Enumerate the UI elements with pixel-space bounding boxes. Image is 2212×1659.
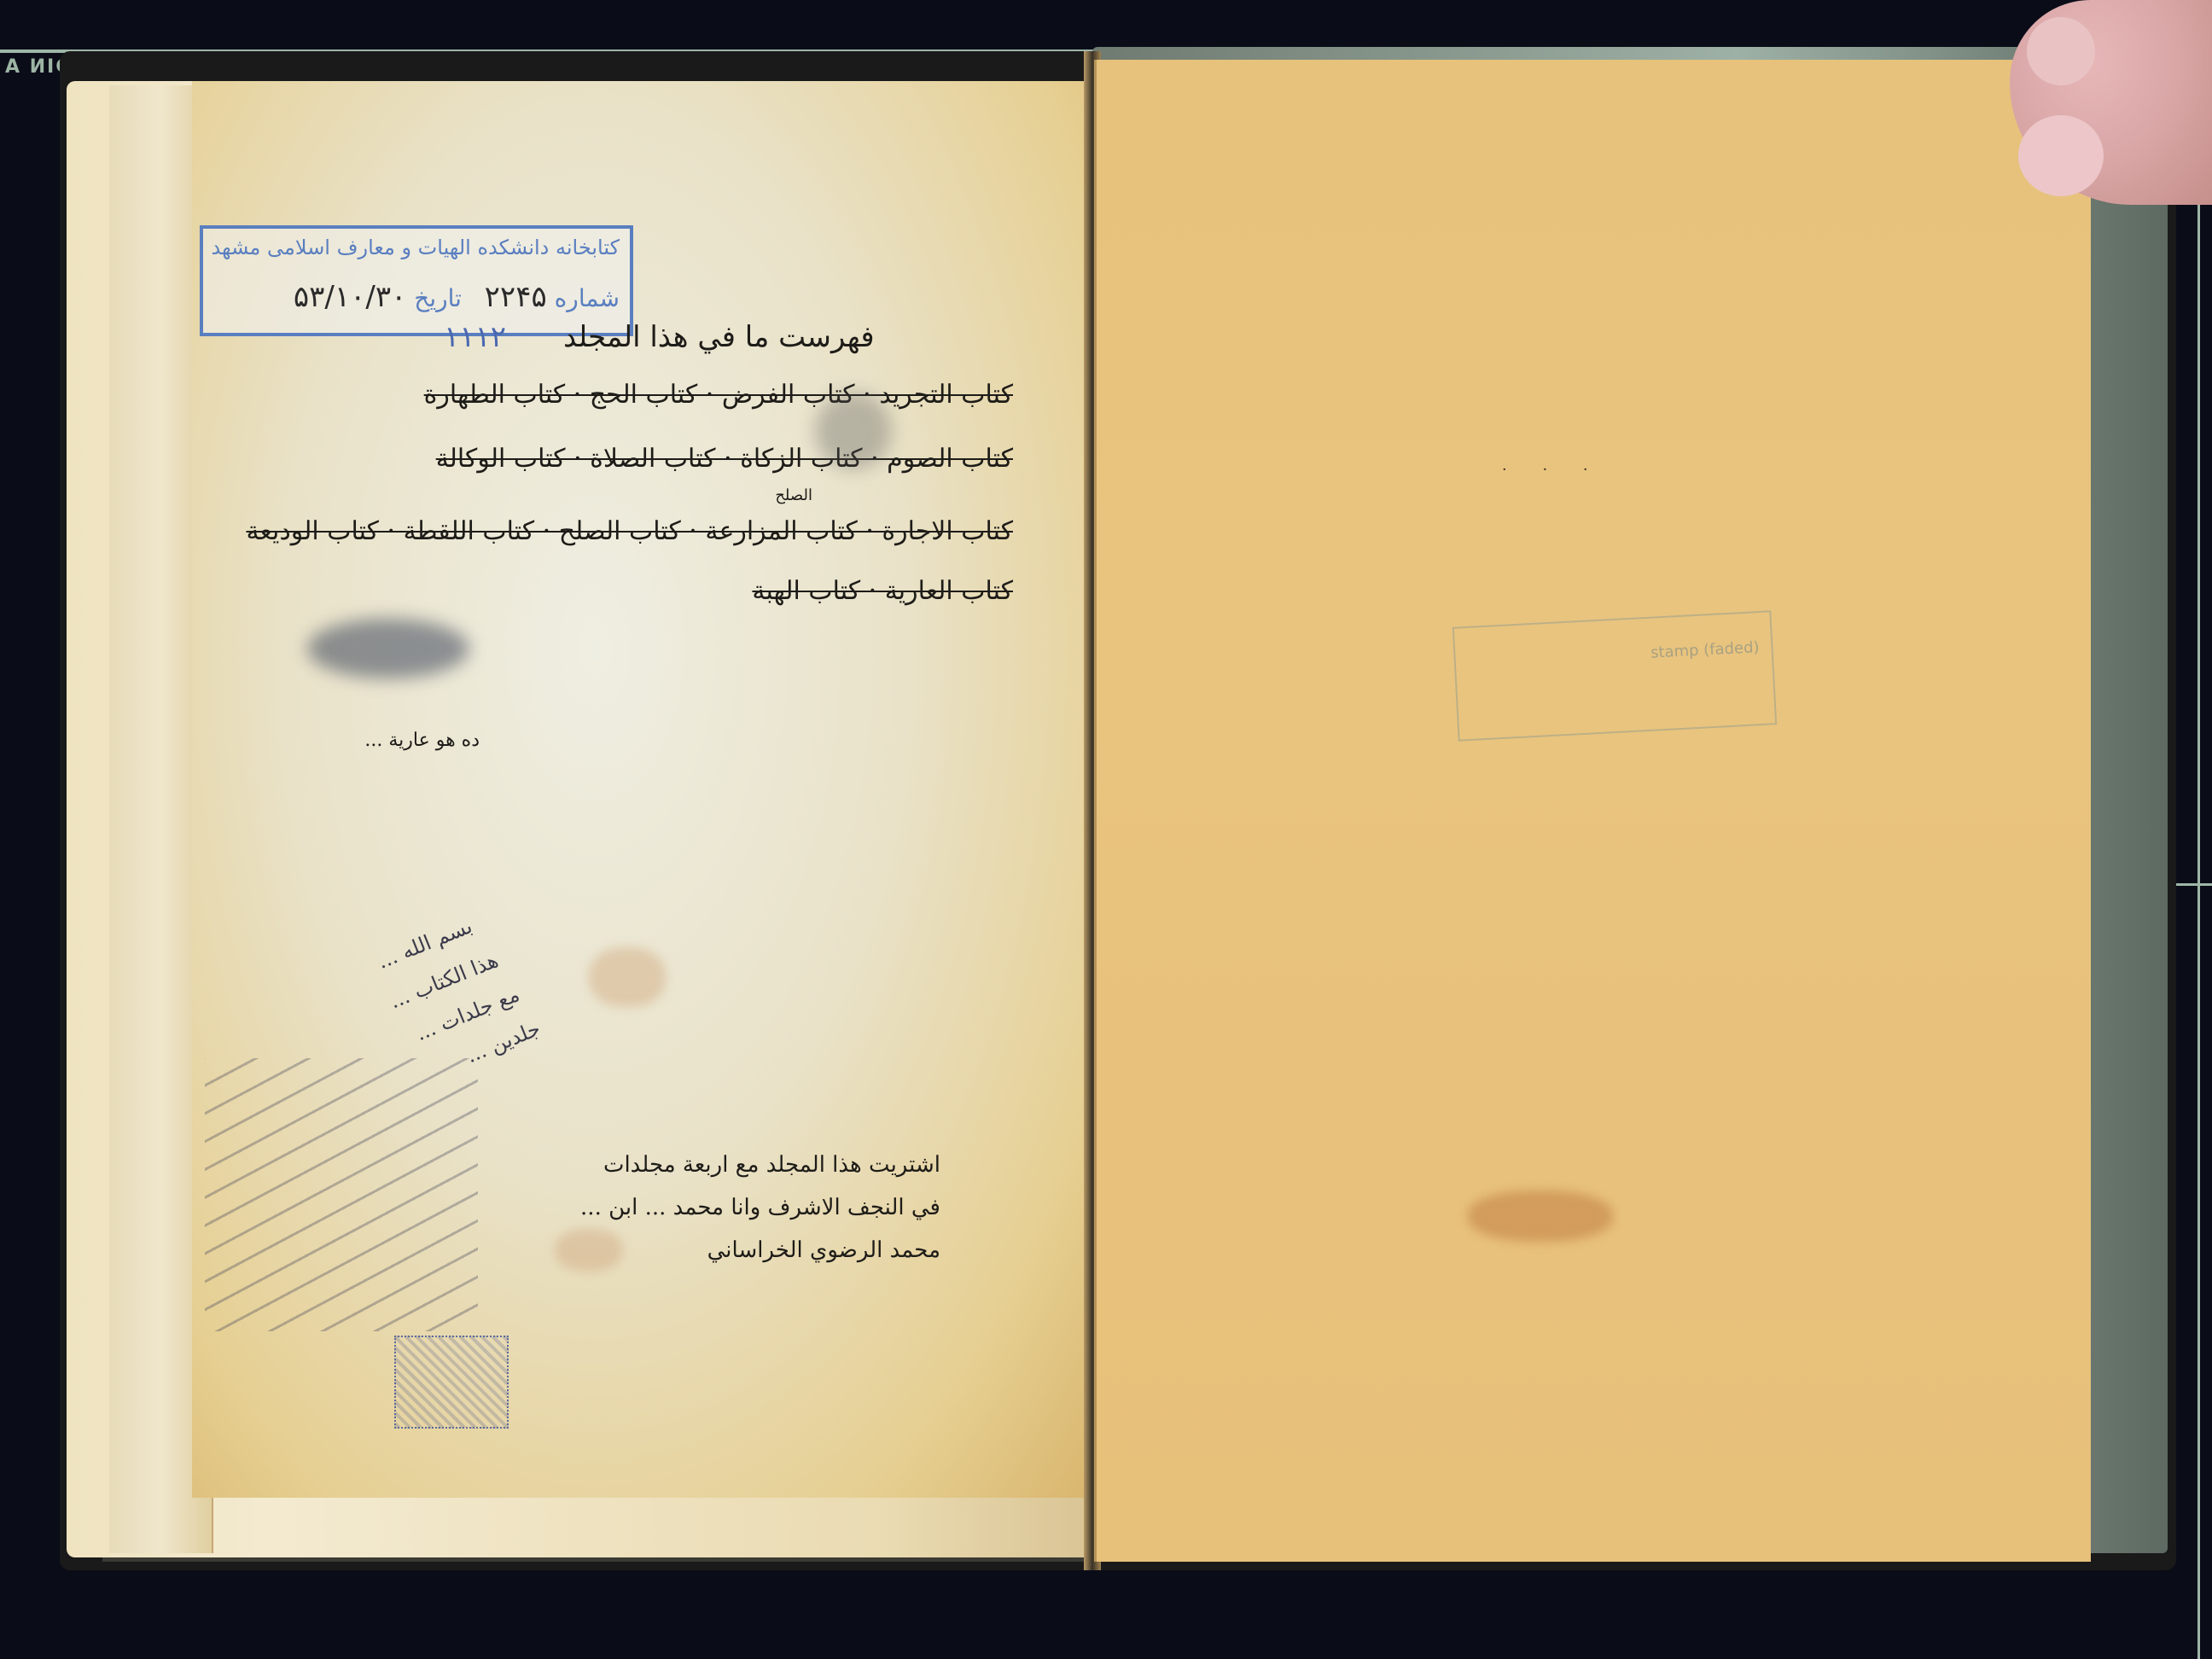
faint-stamp: stamp (faded) [1452,610,1778,741]
note-mid: ده هو عاریة ... [364,730,480,751]
mat-grid-line-right [2197,0,2200,1659]
stain-left-1 [589,947,666,1007]
ink-smudge-mid [307,619,469,678]
margin-note-lower-scribbles [205,1058,478,1331]
right-page-specks: · · · [1502,461,1604,479]
fingernail-lower [2018,115,2104,196]
shelfmark: ۱۱۱۲ [444,320,506,354]
ink-smudge-top [815,393,892,469]
ownership-note-line-3: محمد الرضوي الخراساني [707,1237,940,1263]
stamp-date-label: تاریخ [414,284,462,312]
toc-line-3: کتاب الاجارة · کتاب المزارعة · کتاب الصل… [246,516,1013,546]
stain-right [1468,1190,1613,1242]
toc-line-1: کتاب التجرید · کتاب الفرض · کتاب الحج · … [424,380,1013,410]
stamp-number-label: شماره [555,284,620,312]
toc-interlinear: الصلح [775,486,812,504]
stamp-date-value: ۵۳/۱۰/۳۰ [294,280,406,314]
right-page [1094,60,2091,1562]
toc-line-4: کتاب العاریة · کتاب الهبة [752,576,1013,606]
toc-line-2: کتاب الصوم · کتاب الزکاة · کتاب الصلاة ·… [436,444,1013,474]
fingernail-upper [2027,17,2095,85]
stamp-number-value: ۲۲۴۵ [485,280,547,314]
seal-impression [394,1336,509,1429]
faint-stamp-text: stamp (faded) [1650,638,1760,662]
ownership-note-line-2: في النجف الاشرف وانا محمد ... ابن ... [580,1195,940,1220]
ownership-note-line-1: اشتریت هذا المجلد مع اربعة مجلدات [603,1152,940,1178]
stain-left-2 [555,1229,623,1272]
library-stamp-details: شماره ۲۲۴۵ تاریخ ۵۳/۱۰/۳۰ [294,280,620,314]
toc-heading: فهرست ما في هذا المجلد [563,320,875,354]
library-stamp-name: کتابخانه دانشکده الهیات و معارف اسلامی م… [211,236,620,259]
